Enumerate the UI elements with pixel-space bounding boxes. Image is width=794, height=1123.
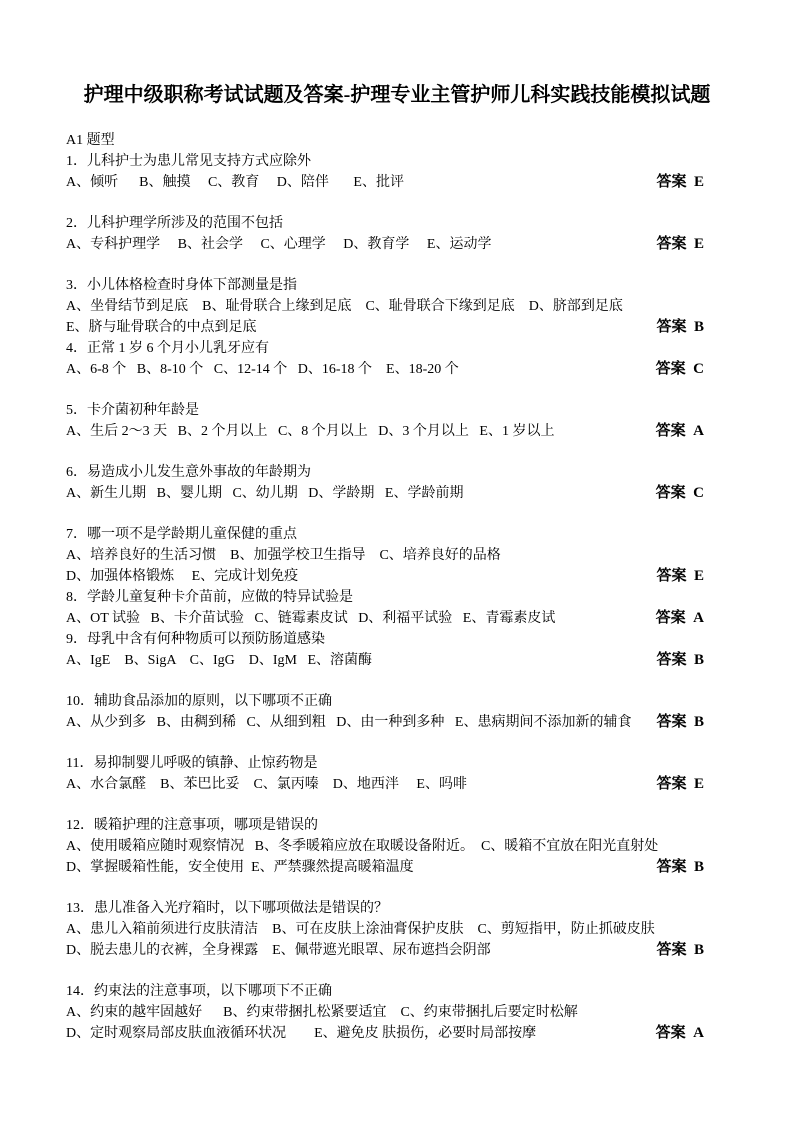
answer-letter: B (694, 859, 704, 875)
answer-label: 答案 (656, 485, 686, 501)
option-line-text: A、专科护理学 B、社会学 C、心理学 D、教育学 E、运动学 (66, 234, 491, 255)
blank-line (66, 961, 728, 981)
answer-letter: C (693, 485, 704, 501)
option-line-text: A、从少到多 B、由稠到稀 C、从细到粗 D、由一种到多种 E、患病期间不添加新… (66, 712, 631, 733)
answer-label: 答案 (656, 652, 686, 668)
answer-badge: 答案 E (656, 566, 704, 587)
blank-line (66, 255, 728, 275)
question-stem: 6．易造成小儿发生意外事故的年龄期为 (66, 462, 728, 483)
question-stem: 4．正常 1 岁 6 个月小儿乳牙应有 (66, 338, 728, 359)
document-content: 护理中级职称考试试题及答案-护理专业主管护师儿科实践技能模拟试题 A1 题型 1… (0, 0, 794, 1044)
question-stem: 3．小儿体格检查时身体下部测量是指 (66, 275, 728, 296)
option-line-text: A、IgE B、SigA C、IgG D、IgM E、溶菌酶 (66, 650, 372, 671)
question-stem-text: 3．小儿体格检查时身体下部测量是指 (66, 275, 297, 296)
option-line-text: A、6-8 个 B、8-10 个 C、12-14 个 D、16-18 个 E、1… (66, 359, 459, 380)
answer-badge: 答案 B (656, 712, 704, 733)
option-line-text: A、使用暖箱应随时观察情况 B、冬季暖箱应放在取暖设备附近。 C、暖箱不宜放在阳… (66, 836, 658, 857)
option-line: A、新生儿期 B、婴儿期 C、幼儿期 D、学龄期 E、学龄前期答案 C (66, 483, 728, 504)
answer-label: 答案 (656, 942, 686, 958)
section-label: A1 题型 (66, 130, 115, 151)
answer-badge: 答案 A (656, 1023, 704, 1044)
question-stem: 13．患儿准备入光疗箱时，以下哪项做法是错误的？ (66, 898, 728, 919)
blank-line (66, 442, 728, 462)
option-line: A、使用暖箱应随时观察情况 B、冬季暖箱应放在取暖设备附近。 C、暖箱不宜放在阳… (66, 836, 728, 857)
answer-badge: 答案 B (656, 650, 704, 671)
questions: 1．儿科护士为患儿常见支持方式应除外A、倾听 B、触摸 C、教育 D、陪伴 E、… (66, 151, 728, 1044)
answer-badge: 答案 C (656, 359, 704, 380)
answer-badge: 答案 C (656, 483, 704, 504)
option-line: D、加强体格锻炼 E、完成计划免疫答案 E (66, 566, 728, 587)
option-line: A、坐骨结节到足底 B、耻骨联合上缘到足底 C、耻骨联合下缘到足底 D、脐部到足… (66, 296, 728, 317)
blank-line (66, 504, 728, 524)
answer-letter: E (694, 236, 704, 252)
option-line-text: A、OT 试验 B、卡介苗试验 C、链霉素皮试 D、利福平试验 E、青霉素皮试 (66, 608, 555, 629)
question-stem: 5．卡介菌初种年龄是 (66, 400, 728, 421)
option-line: A、IgE B、SigA C、IgG D、IgM E、溶菌酶答案 B (66, 650, 728, 671)
answer-label: 答案 (656, 776, 686, 792)
option-line-text: A、患儿入箱前须进行皮肤清洁 B、可在皮肤上涂油膏保护皮肤 C、剪短指甲，防止抓… (66, 919, 655, 940)
answer-badge: 答案 E (656, 172, 704, 193)
question-stem: 9．母乳中含有何种物质可以预防肠道感染 (66, 629, 728, 650)
blank-line (66, 193, 728, 213)
question-stem-text: 8．学龄儿童复种卡介苗前，应做的特异试验是 (66, 587, 353, 608)
question-stem-text: 7．哪一项不是学龄期儿童保健的重点 (66, 524, 297, 545)
answer-label: 答案 (656, 714, 686, 730)
option-line: A、6-8 个 B、8-10 个 C、12-14 个 D、16-18 个 E、1… (66, 359, 728, 380)
question-stem-text: 13．患儿准备入光疗箱时，以下哪项做法是错误的？ (66, 898, 388, 919)
answer-badge: 答案 E (656, 774, 704, 795)
option-line-text: A、坐骨结节到足底 B、耻骨联合上缘到足底 C、耻骨联合下缘到足底 D、脐部到足… (66, 296, 623, 317)
question-stem: 2．儿科护理学所涉及的范围不包括 (66, 213, 728, 234)
option-line: E、脐与耻骨联合的中点到足底答案 B (66, 317, 728, 338)
document-title: 护理中级职称考试试题及答案-护理专业主管护师儿科实践技能模拟试题 (66, 82, 728, 108)
answer-label: 答案 (656, 361, 686, 377)
blank-line (66, 733, 728, 753)
question-stem: 8．学龄儿童复种卡介苗前，应做的特异试验是 (66, 587, 728, 608)
answer-letter: A (693, 423, 704, 439)
option-line-text: D、脱去患儿的衣裤，全身裸露 E、佩带遮光眼罩、尿布遮挡会阴部 (66, 940, 491, 961)
question-stem: 14．约束法的注意事项，以下哪项下不正确 (66, 981, 728, 1002)
option-line: A、培养良好的生活习惯 B、加强学校卫生指导 C、培养良好的品格 (66, 545, 728, 566)
answer-badge: 答案 E (656, 234, 704, 255)
option-line-text: A、倾听 B、触摸 C、教育 D、陪伴 E、批评 (66, 172, 404, 193)
document-page: 护理中级职称考试试题及答案-护理专业主管护师儿科实践技能模拟试题 A1 题型 1… (0, 0, 794, 1123)
option-line-text: D、定时观察局部皮肤血液循环状况 E、避免皮 肤损伤，必要时局部按摩 (66, 1023, 536, 1044)
answer-letter: E (694, 174, 704, 190)
question-stem: 1．儿科护士为患儿常见支持方式应除外 (66, 151, 728, 172)
option-line: A、水合氯醛 B、苯巴比妥 C、氯丙嗪 D、地西泮 E、吗啡答案 E (66, 774, 728, 795)
answer-badge: 答案 B (656, 317, 704, 338)
blank-line (66, 878, 728, 898)
option-line: A、倾听 B、触摸 C、教育 D、陪伴 E、批评答案 E (66, 172, 728, 193)
option-line-text: A、培养良好的生活习惯 B、加强学校卫生指导 C、培养良好的品格 (66, 545, 501, 566)
answer-letter: A (693, 610, 704, 626)
option-line: A、从少到多 B、由稠到稀 C、从细到粗 D、由一种到多种 E、患病期间不添加新… (66, 712, 728, 733)
option-line-text: A、约束的越牢固越好 B、约束带捆扎松紧要适宜 C、约束带捆扎后要定时松解 (66, 1002, 578, 1023)
answer-letter: E (694, 776, 704, 792)
option-line: D、定时观察局部皮肤血液循环状况 E、避免皮 肤损伤，必要时局部按摩答案 A (66, 1023, 728, 1044)
option-line: A、约束的越牢固越好 B、约束带捆扎松紧要适宜 C、约束带捆扎后要定时松解 (66, 1002, 728, 1023)
answer-label: 答案 (656, 859, 686, 875)
option-line-text: E、脐与耻骨联合的中点到足底 (66, 317, 257, 338)
answer-letter: B (694, 652, 704, 668)
answer-label: 答案 (656, 423, 686, 439)
answer-label: 答案 (656, 610, 686, 626)
answer-label: 答案 (656, 319, 686, 335)
question-stem-text: 5．卡介菌初种年龄是 (66, 400, 199, 421)
answer-letter: E (694, 568, 704, 584)
answer-label: 答案 (656, 174, 686, 190)
option-line: A、生后 2～3 天 B、2 个月以上 C、8 个月以上 D、3 个月以上 E、… (66, 421, 728, 442)
answer-letter: B (694, 714, 704, 730)
answer-letter: B (694, 319, 704, 335)
answer-letter: C (693, 361, 704, 377)
answer-badge: 答案 B (656, 940, 704, 961)
blank-line (66, 671, 728, 691)
question-stem-text: 10．辅助食品添加的原则，以下哪项不正确 (66, 691, 332, 712)
question-stem-text: 4．正常 1 岁 6 个月小儿乳牙应有 (66, 338, 269, 359)
answer-label: 答案 (656, 236, 686, 252)
blank-line (66, 380, 728, 400)
question-stem-text: 11．易抑制婴儿呼吸的镇静、止惊药物是 (66, 753, 317, 774)
option-line-text: D、加强体格锻炼 E、完成计划免疫 (66, 566, 298, 587)
answer-label: 答案 (656, 568, 686, 584)
question-stem-text: 9．母乳中含有何种物质可以预防肠道感染 (66, 629, 325, 650)
option-line: D、掌握暖箱性能，安全使用 E、严禁骤然提高暖箱温度答案 B (66, 857, 728, 878)
answer-badge: 答案 B (656, 857, 704, 878)
answer-letter: B (694, 942, 704, 958)
question-stem-text: 14．约束法的注意事项，以下哪项下不正确 (66, 981, 332, 1002)
option-line-text: D、掌握暖箱性能，安全使用 E、严禁骤然提高暖箱温度 (66, 857, 414, 878)
question-stem: 11．易抑制婴儿呼吸的镇静、止惊药物是 (66, 753, 728, 774)
question-stem: 12．暖箱护理的注意事项，哪项是错误的 (66, 815, 728, 836)
question-stem: 7．哪一项不是学龄期儿童保健的重点 (66, 524, 728, 545)
answer-badge: 答案 A (656, 608, 704, 629)
answer-letter: A (693, 1025, 704, 1041)
option-line-text: A、水合氯醛 B、苯巴比妥 C、氯丙嗪 D、地西泮 E、吗啡 (66, 774, 467, 795)
option-line: A、OT 试验 B、卡介苗试验 C、链霉素皮试 D、利福平试验 E、青霉素皮试答… (66, 608, 728, 629)
question-stem-text: 12．暖箱护理的注意事项，哪项是错误的 (66, 815, 318, 836)
answer-badge: 答案 A (656, 421, 704, 442)
option-line: D、脱去患儿的衣裤，全身裸露 E、佩带遮光眼罩、尿布遮挡会阴部答案 B (66, 940, 728, 961)
blank-line (66, 795, 728, 815)
question-stem-text: 2．儿科护理学所涉及的范围不包括 (66, 213, 283, 234)
answer-label: 答案 (656, 1025, 686, 1041)
question-stem: 10．辅助食品添加的原则，以下哪项不正确 (66, 691, 728, 712)
question-stem-text: 6．易造成小儿发生意外事故的年龄期为 (66, 462, 311, 483)
question-stem-text: 1．儿科护士为患儿常见支持方式应除外 (66, 151, 311, 172)
option-line: A、患儿入箱前须进行皮肤清洁 B、可在皮肤上涂油膏保护皮肤 C、剪短指甲，防止抓… (66, 919, 728, 940)
option-line: A、专科护理学 B、社会学 C、心理学 D、教育学 E、运动学答案 E (66, 234, 728, 255)
option-line-text: A、生后 2～3 天 B、2 个月以上 C、8 个月以上 D、3 个月以上 E、… (66, 421, 554, 442)
option-line-text: A、新生儿期 B、婴儿期 C、幼儿期 D、学龄期 E、学龄前期 (66, 483, 463, 504)
section-label-line: A1 题型 (66, 130, 728, 151)
